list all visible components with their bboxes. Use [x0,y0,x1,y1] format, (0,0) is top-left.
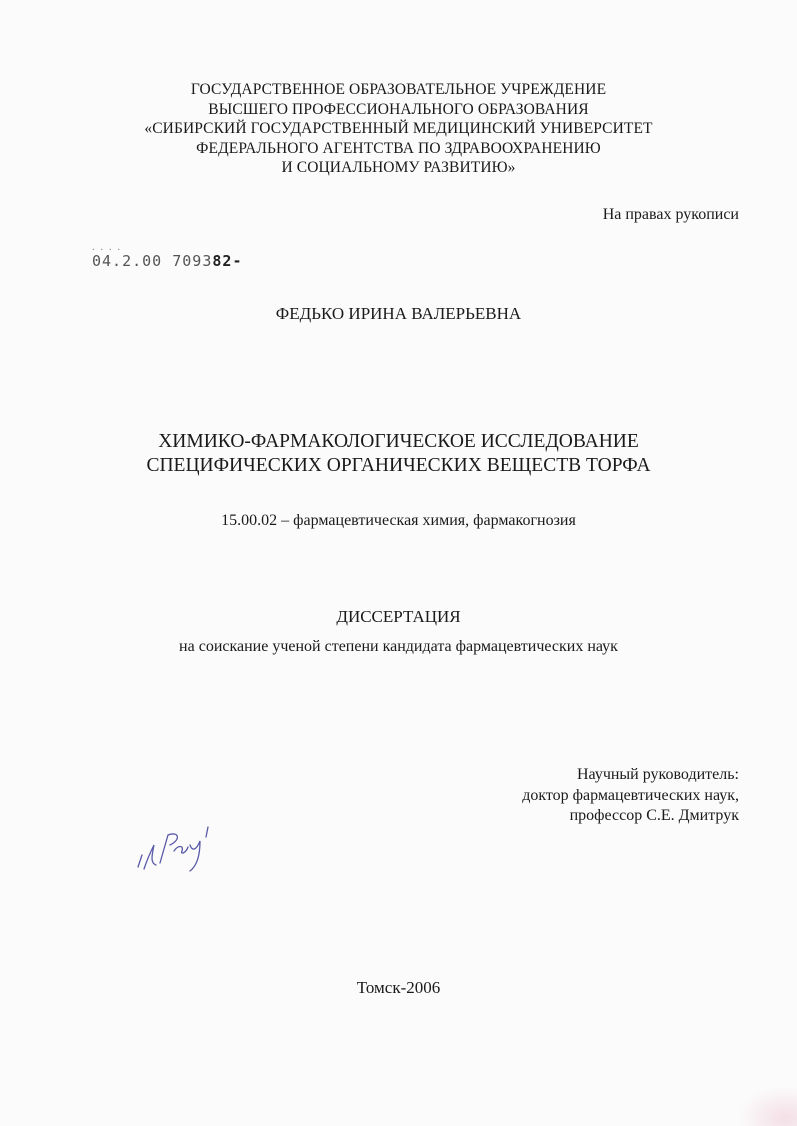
stamp-dash: - [232,252,242,270]
rights-note: На правах рукописи [603,206,739,224]
header-line-3: «СИБИРСКИЙ ГОСУДАРСТВЕННЫЙ МЕДИЦИНСКИЙ У… [0,119,797,139]
paper-stain [737,1086,797,1126]
header-line-5: И СОЦИАЛЬНОМУ РАЗВИТИЮ» [0,158,797,178]
title-line-2: СПЕЦИФИЧЕСКИХ ОРГАНИЧЕСКИХ ВЕЩЕСТВ ТОРФА [0,454,797,478]
author-name: ФЕДЬКО ИРИНА ВАЛЕРЬЕВНА [0,304,797,324]
specialty-code: 15.00.02 – фармацевтическая химия, фарма… [0,512,797,530]
handwritten-signature-icon [130,805,240,885]
advisor-label: Научный руководитель: [522,765,739,786]
scientific-advisor: Научный руководитель: доктор фармацевтич… [522,765,739,827]
title-line-1: ХИМИКО-ФАРМАКОЛОГИЧЕСКОЕ ИССЛЕДОВАНИЕ [0,430,797,454]
document-type: ДИССЕРТАЦИЯ [0,607,797,627]
advisor-name: профессор С.Е. Дмитрук [522,806,739,827]
header-line-2: ВЫСШЕГО ПРОФЕССИОНАЛЬНОГО ОБРАЗОВАНИЯ [0,100,797,120]
dissertation-title: ХИМИКО-ФАРМАКОЛОГИЧЕСКОЕ ИССЛЕДОВАНИЕ СП… [0,430,797,478]
institution-header: ГОСУДАРСТВЕННОЕ ОБРАЗОВАТЕЛЬНОЕ УЧРЕЖДЕН… [0,80,797,178]
library-stamp: 04.2.00 709382- [92,252,242,270]
advisor-degree: доктор фармацевтических наук, [522,786,739,807]
stamp-number: 04.2.00 7093 [92,252,212,270]
city-year: Томск-2006 [0,978,797,998]
stamp-number-bold: 82 [212,252,232,270]
header-line-1: ГОСУДАРСТВЕННОЕ ОБРАЗОВАТЕЛЬНОЕ УЧРЕЖДЕН… [0,80,797,100]
degree-line: на соискание ученой степени кандидата фа… [0,638,797,656]
header-line-4: ФЕДЕРАЛЬНОГО АГЕНТСТВА ПО ЗДРАВООХРАНЕНИ… [0,139,797,159]
